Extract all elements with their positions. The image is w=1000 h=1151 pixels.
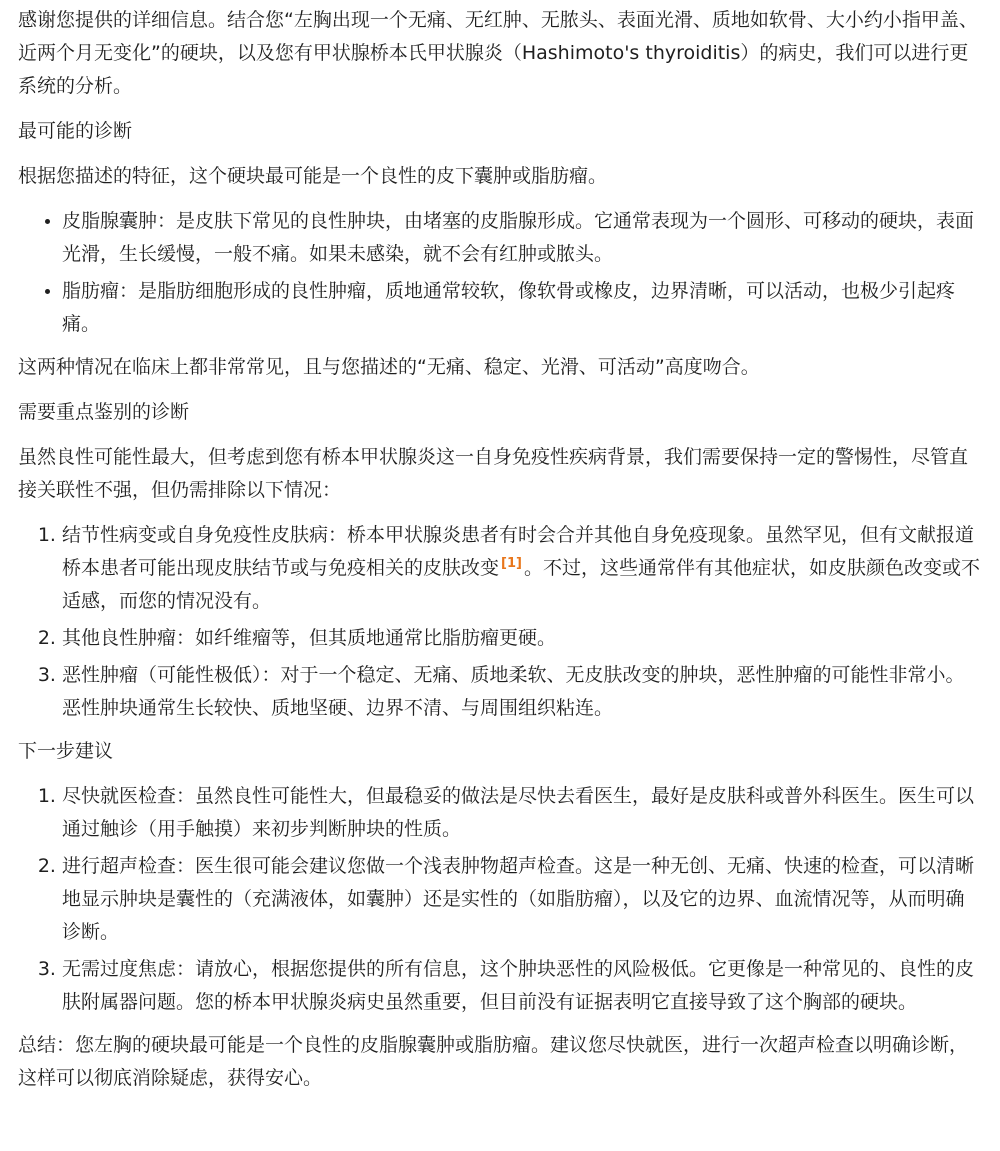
list-item-other-benign: 其他良性肿瘤：如纤维瘤等，但其质地通常比脂肪瘤更硬。 xyxy=(62,622,982,655)
list-item-lipoma: 脂肪瘤：是脂肪细胞形成的良性肿瘤，质地通常较软，像软骨或橡皮，边界清晰，可以活动… xyxy=(62,275,982,341)
list-item-text: 其他良性肿瘤：如纤维瘤等，但其质地通常比脂肪瘤更硬。 xyxy=(62,627,556,649)
section1-lead: 根据您描述的特征，这个硬块最可能是一个良性的皮下囊肿或脂肪瘤。 xyxy=(18,160,982,193)
section-heading-next-steps: 下一步建议 xyxy=(18,735,982,768)
citation-link[interactable]: [1] xyxy=(501,556,522,571)
list-item-sebaceous-cyst: 皮脂腺囊肿：是皮肤下常见的良性肿块，由堵塞的皮脂腺形成。它通常表现为一个圆形、可… xyxy=(62,205,982,271)
next-steps-numbered-list: 尽快就医检查：虽然良性可能性大，但最稳妥的做法是尽快去看医生，最好是皮肤科或普外… xyxy=(18,780,982,1019)
diagnosis-bullet-list: 皮脂腺囊肿：是皮肤下常见的良性肿块，由堵塞的皮脂腺形成。它通常表现为一个圆形、可… xyxy=(18,205,982,341)
section-heading-most-likely-diagnosis: 最可能的诊断 xyxy=(18,115,982,148)
list-item-autoimmune-skin: 结节性病变或自身免疫性皮肤病：桥本甲状腺炎患者有时会合并其他自身免疫现象。虽然罕… xyxy=(62,519,982,618)
response-content: 感谢您提供的详细信息。结合您“左胸出现一个无痛、无红肿、无脓头、表面光滑、质地如… xyxy=(0,0,1000,1095)
list-item-see-doctor: 尽快就医检查：虽然良性可能性大，但最稳妥的做法是尽快去看医生，最好是皮肤科或普外… xyxy=(62,780,982,846)
list-item-text: 恶性肿瘤（可能性极低）：对于一个稳定、无痛、质地柔软、无皮肤改变的肿块，恶性肿瘤… xyxy=(62,664,965,719)
section-heading-differential-diagnosis: 需要重点鉴别的诊断 xyxy=(18,396,982,429)
differential-numbered-list: 结节性病变或自身免疫性皮肤病：桥本甲状腺炎患者有时会合并其他自身免疫现象。虽然罕… xyxy=(18,519,982,725)
intro-paragraph: 感谢您提供的详细信息。结合您“左胸出现一个无痛、无红肿、无脓头、表面光滑、质地如… xyxy=(18,4,982,103)
list-item-no-anxiety: 无需过度焦虑：请放心，根据您提供的所有信息，这个肿块恶性的风险极低。它更像是一种… xyxy=(62,953,982,1019)
list-item-malignant: 恶性肿瘤（可能性极低）：对于一个稳定、无痛、质地柔软、无皮肤改变的肿块，恶性肿瘤… xyxy=(62,659,982,725)
section1-closing: 这两种情况在临床上都非常常见，且与您描述的“无痛、稳定、光滑、可活动”高度吻合。 xyxy=(18,351,982,384)
summary-paragraph: 总结：您左胸的硬块最可能是一个良性的皮脂腺囊肿或脂肪瘤。建议您尽快就医，进行一次… xyxy=(18,1029,982,1095)
list-item-ultrasound: 进行超声检查：医生很可能会建议您做一个浅表肿物超声检查。这是一种无创、无痛、快速… xyxy=(62,850,982,949)
section2-lead: 虽然良性可能性最大，但考虑到您有桥本甲状腺炎这一自身免疫性疾病背景，我们需要保持… xyxy=(18,441,982,507)
